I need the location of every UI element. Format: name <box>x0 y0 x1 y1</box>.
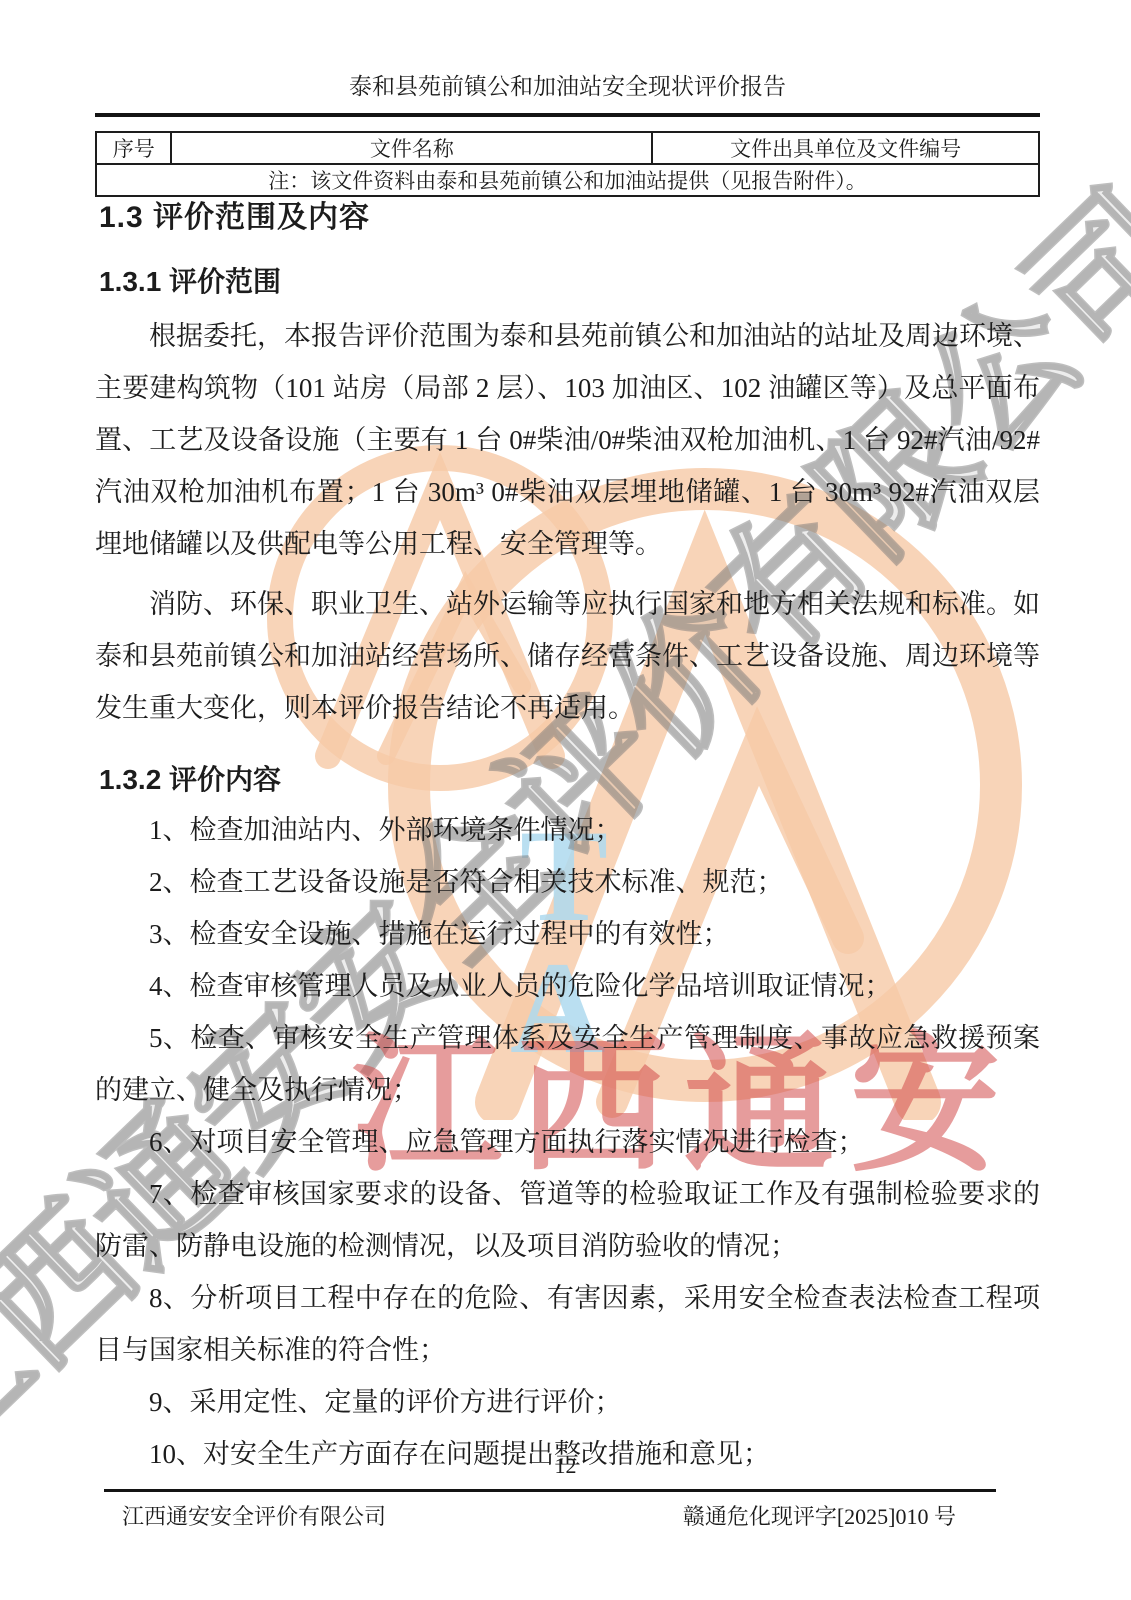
evaluation-content-list: 1、检查加油站内、外部环境条件情况； 2、检查工艺设备设施是否符合相关技术标准、… <box>95 804 1040 1480</box>
list-item: 9、采用定性、定量的评价方进行评价； <box>95 1376 1040 1428</box>
scope-paragraph-1: 根据委托，本报告评价范围为泰和县苑前镇公和加油站的站址及周边环境、主要建构筑物（… <box>95 310 1040 570</box>
list-item: 6、对项目安全管理、应急管理方面执行落实情况进行检查； <box>95 1116 1040 1168</box>
list-item: 4、检查审核管理人员及从业人员的危险化学品培训取证情况； <box>95 960 1040 1012</box>
list-item: 7、检查审核国家要求的设备、管道等的检验取证工作及有强制检验要求的防雷、防静电设… <box>95 1168 1040 1272</box>
document-body: 1.3 评价范围及内容 1.3.1 评价范围 根据委托，本报告评价范围为泰和县苑… <box>95 190 1040 1480</box>
document-list-table: 序号 文件名称 文件出具单位及文件编号 注：该文件资料由泰和县苑前镇公和加油站提… <box>95 131 1040 197</box>
page-number: 12 <box>0 1453 1131 1479</box>
page-footer: 江西通安安全评价有限公司 赣通危化现评字[2025]010 号 <box>104 1498 996 1531</box>
scope-paragraph-2: 消防、环保、职业卫生、站外运输等应执行国家和地方相关法规和标准。如泰和县苑前镇公… <box>95 578 1040 734</box>
section-1-3-title: 1.3 评价范围及内容 <box>99 192 1040 236</box>
list-item: 5、检查、审核安全生产管理体系及安全生产管理制度、事故应急救援预案的建立、健全及… <box>95 1012 1040 1116</box>
table-header-org: 文件出具单位及文件编号 <box>652 132 1039 164</box>
list-item: 3、检查安全设施、措施在运行过程中的有效性； <box>95 908 1040 960</box>
table-header-name: 文件名称 <box>171 132 652 164</box>
list-item: 1、检查加油站内、外部环境条件情况； <box>95 804 1040 856</box>
table-header-seq: 序号 <box>96 132 171 164</box>
footer-company: 江西通安安全评价有限公司 <box>122 1500 386 1531</box>
section-1-3-2-title: 1.3.2 评价内容 <box>99 758 1040 798</box>
list-item: 8、分析项目工程中存在的危险、有害因素，采用安全检查表法检查工程项目与国家相关标… <box>95 1272 1040 1376</box>
section-1-3-1-title: 1.3.1 评价范围 <box>99 260 1040 300</box>
list-item: 2、检查工艺设备设施是否符合相关技术标准、规范； <box>95 856 1040 908</box>
table-header-row: 序号 文件名称 文件出具单位及文件编号 <box>96 132 1039 164</box>
footer-divider <box>104 1489 996 1492</box>
page-header-title: 泰和县苑前镇公和加油站安全现状评价报告 <box>95 68 1040 117</box>
footer-doc-number: 赣通危化现评字[2025]010 号 <box>683 1500 956 1531</box>
report-page: T A 江西通安安全评价有限公司 江西通安 泰和县苑前镇公和加油站安全现状评价报… <box>0 0 1131 1600</box>
